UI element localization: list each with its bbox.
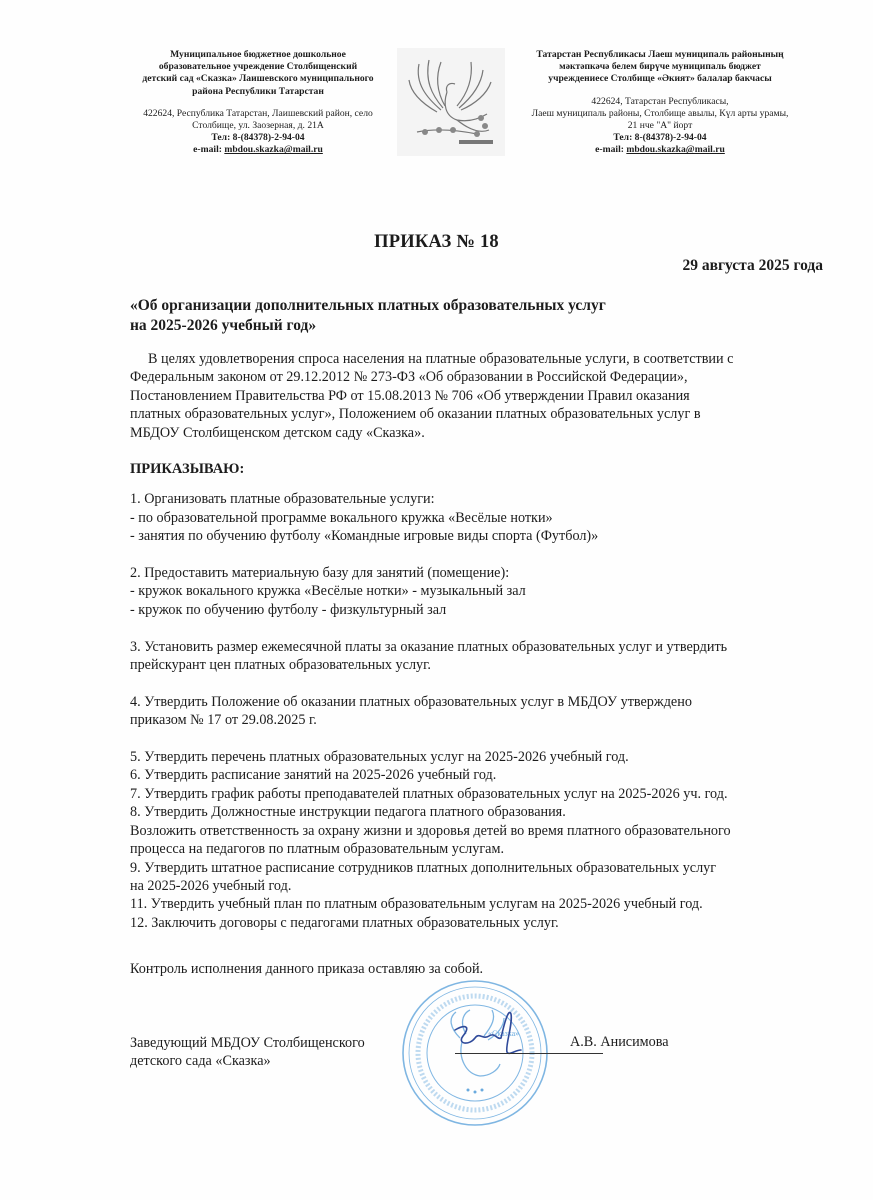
order-subitem: - кружок вокального кружка «Весёлые нотк… bbox=[130, 582, 810, 600]
org-name-line: детский сад «Сказка» Лаишевского муницип… bbox=[122, 73, 394, 85]
signatory-role: Заведующий МБДОУ Столбищенского детского… bbox=[130, 1034, 365, 1071]
order-item: 11. Утвердить учебный план по платным об… bbox=[130, 895, 810, 913]
order-item: 12. Заключить договоры с педагогами плат… bbox=[130, 914, 810, 932]
order-title: ПРИКАЗ № 18 bbox=[0, 232, 873, 253]
order-item: 8. Утвердить Должностные инструкции педа… bbox=[130, 803, 810, 821]
order-item: 1. Организовать платные образовательные … bbox=[130, 490, 810, 508]
preamble-line: Постановлением Правительства РФ от 15.08… bbox=[130, 387, 810, 405]
org-name-line: мәктәпкәчә белем бирүче муниципаль бюдже… bbox=[512, 61, 808, 73]
order-item-cont: прейскурант цен платных образовательных … bbox=[130, 656, 810, 674]
signature-line bbox=[455, 1053, 603, 1054]
phone: Тел: 8-(84378)-2-94-04 bbox=[122, 132, 394, 144]
order-body: В целях удовлетворения спроса населения … bbox=[130, 350, 810, 932]
email-link[interactable]: mbdou.skazka@mail.ru bbox=[626, 144, 725, 155]
org-name-line: Татарстан Республикасы Лаеш муниципаль р… bbox=[512, 49, 808, 61]
email-row: e-mail: mbdou.skazka@mail.ru bbox=[512, 144, 808, 156]
address-line: 422624, Татарстан Республикасы, bbox=[512, 96, 808, 108]
order-item-cont: на 2025-2026 учебный год. bbox=[130, 877, 810, 895]
order-item: 5. Утвердить перечень платных образовате… bbox=[130, 748, 810, 766]
document-page: Муниципальное бюджетное дошкольное образ… bbox=[0, 0, 873, 1200]
order-subitem: - по образовательной программе вокальног… bbox=[130, 509, 810, 527]
order-subitem: - кружок по обучению футболу - физкульту… bbox=[130, 601, 810, 619]
email-label: e-mail: bbox=[193, 144, 224, 155]
email-row: e-mail: mbdou.skazka@mail.ru bbox=[122, 144, 394, 156]
email-label: e-mail: bbox=[595, 144, 626, 155]
org-name-line: района Республики Татарстан bbox=[122, 86, 394, 98]
order-item-cont: процесса на педагогов по платным образов… bbox=[130, 840, 810, 858]
org-name-line: Муниципальное бюджетное дошкольное bbox=[122, 49, 394, 61]
subject-line: на 2025-2026 учебный год» bbox=[130, 316, 606, 336]
order-item: 3. Установить размер ежемесячной платы з… bbox=[130, 638, 810, 656]
phone: Тел: 8-(84378)-2-94-04 bbox=[512, 132, 808, 144]
role-line: детского сада «Сказка» bbox=[130, 1052, 365, 1070]
signatory-name: А.В. Анисимова bbox=[570, 1034, 669, 1051]
order-subject: «Об организации дополнительных платных о… bbox=[130, 296, 606, 336]
order-item: 6. Утвердить расписание занятий на 2025-… bbox=[130, 766, 810, 784]
order-item: 9. Утвердить штатное расписание сотрудни… bbox=[130, 859, 810, 877]
preamble-line: МБДОУ Столбищенском детском саду «Сказка… bbox=[130, 424, 810, 442]
org-name-line: образовательное учреждение Столбищенский bbox=[122, 61, 394, 73]
preamble-line: Федеральным законом от 29.12.2012 № 273-… bbox=[130, 368, 810, 386]
order-item: 2. Предоставить материальную базу для за… bbox=[130, 564, 810, 582]
header-right-tatar: Татарстан Республикасы Лаеш муниципаль р… bbox=[512, 49, 808, 157]
address-line: Столбище, ул. Заозерная, д. 21А bbox=[122, 120, 394, 132]
orders-heading: ПРИКАЗЫВАЮ: bbox=[130, 460, 810, 478]
preamble-line: платных образовательных услуг», Положени… bbox=[130, 405, 810, 423]
address-line: 422624, Республика Татарстан, Лаишевский… bbox=[122, 108, 394, 120]
role-line: Заведующий МБДОУ Столбищенского bbox=[130, 1034, 365, 1052]
order-item: 4. Утвердить Положение об оказании платн… bbox=[130, 693, 810, 711]
org-name-line: учреждениесе Столбище «Әкият» балалар ба… bbox=[512, 73, 808, 85]
firebird-emblem-icon bbox=[397, 48, 505, 156]
address-line: 21 нче "А" йорт bbox=[512, 120, 808, 132]
control-statement: Контроль исполнения данного приказа оста… bbox=[130, 961, 483, 978]
order-subitem: - занятия по обучению футболу «Командные… bbox=[130, 527, 810, 545]
order-item-cont: Возложить ответственность за охрану жизн… bbox=[130, 822, 810, 840]
address-line: Лаеш муниципаль районы, Столбище авылы, … bbox=[512, 108, 808, 120]
order-item-cont: приказом № 17 от 29.08.2025 г. bbox=[130, 711, 810, 729]
preamble-line: В целях удовлетворения спроса населения … bbox=[130, 350, 810, 368]
order-date: 29 августа 2025 года bbox=[682, 257, 823, 275]
header-left-russian: Муниципальное бюджетное дошкольное образ… bbox=[122, 49, 394, 157]
order-item: 7. Утвердить график работы преподавателе… bbox=[130, 785, 810, 803]
subject-line: «Об организации дополнительных платных о… bbox=[130, 296, 606, 316]
handwritten-signature-icon bbox=[445, 1000, 535, 1060]
email-link[interactable]: mbdou.skazka@mail.ru bbox=[224, 144, 323, 155]
